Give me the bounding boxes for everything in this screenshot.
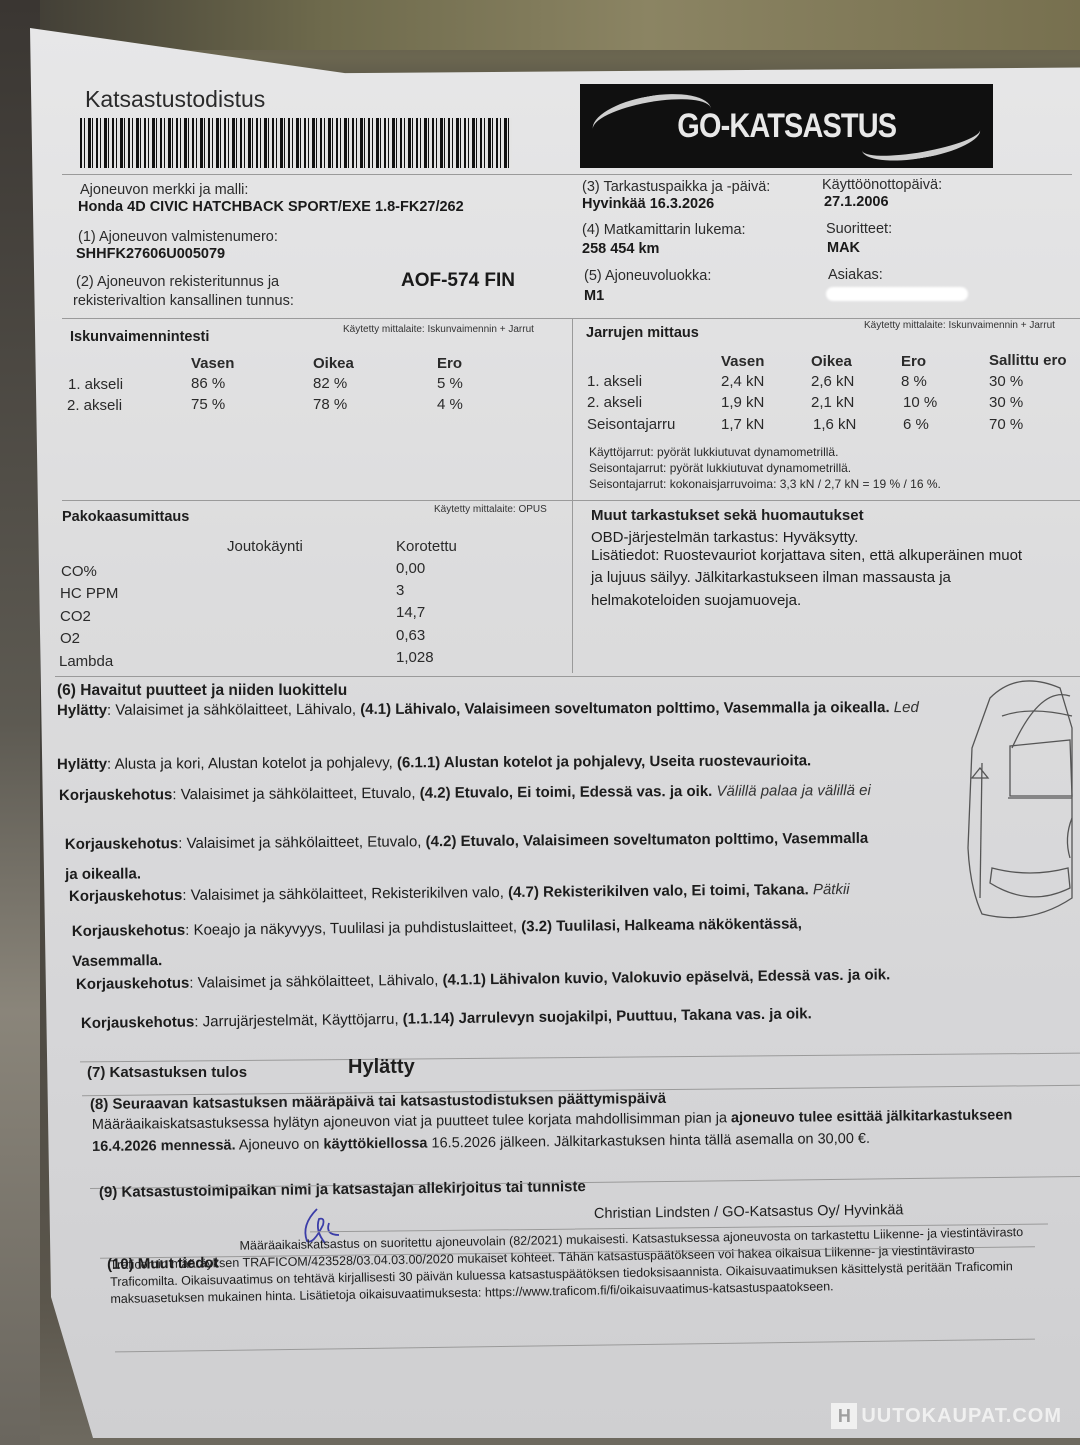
exhaust-header-raised: Korotettu [396,538,457,555]
brake-row-3-diff: 6 % [903,416,929,433]
brake-row-1-axle: 1. akseli [587,373,642,390]
exhaust-hc-label: HC PPM [60,585,118,602]
defect-class: Korjauskehotus [72,922,186,940]
defect-class: Hylätty [57,756,107,773]
shock-row-2-left: 75 % [191,396,225,413]
shock-row-1-diff: 5 % [437,375,463,392]
defect-handwritten-note: Välillä palaa ja välillä ei [716,782,870,800]
other-checks-line-1: OBD-järjestelmän tarkastus: Hyväksytty. [591,529,858,546]
odometer-label: (4) Matkamittarin lukema: [582,222,746,238]
defect-detail: (4.1.1) Lähivalon kuvio, Valokuvio epäse… [442,966,890,988]
brake-row-3-right: 1,6 kN [813,416,856,433]
shock-row-2-axle: 2. akseli [67,397,122,414]
exhaust-co-label: CO% [61,563,97,580]
exhaust-header-idle: Joutokäynti [227,538,303,555]
brake-row-2-diff: 10 % [903,394,937,411]
brake-header-left: Vasen [721,353,764,370]
exhaust-co2-label: CO2 [60,608,91,625]
shock-row-2-right: 78 % [313,396,347,413]
place-date-label: (3) Tarkastuspaikka ja -päivä: [582,179,770,195]
shock-row-1-axle: 1. akseli [68,376,123,393]
brake-header-right: Oikea [811,353,852,370]
defect-area: Koeajo ja näkyvyys, Tuulilasi ja puhdist… [193,918,517,938]
exhaust-co2-value: 14,7 [396,604,425,621]
defect-class: Korjauskehotus [69,887,183,905]
usage-ban: käyttökiellossa [323,1135,427,1152]
customer-redacted [826,287,968,301]
other-checks-line-3: ja lujuus säilyy. Jälkitarkastukseen ilm… [591,569,951,586]
shock-row-1-right: 82 % [313,375,347,392]
defect-class: Korjauskehotus [59,786,172,804]
watermark-text: UUTOKAUPAT.COM [861,1405,1062,1428]
brake-header-allowed: Sallittu ero [989,352,1067,369]
exhaust-co-value: 0,00 [396,560,425,577]
exhaust-o2-label: O2 [60,630,80,647]
exhaust-hc-value: 3 [396,582,404,599]
odometer-value: 258 454 km [582,241,659,257]
defect-class: Korjauskehotus [65,835,178,853]
other-checks-line-2: Lisätiedot: Ruostevauriot korjattava sit… [591,547,1022,564]
shock-test-title: Iskunvaimennintesti [70,329,209,345]
defect-class: Korjauskehotus [81,1013,195,1032]
huutokaupat-watermark: H UUTOKAUPAT.COM [831,1403,1062,1429]
go-katsastus-logo: GO-KATSASTUS [580,84,993,168]
make-model-label: Ajoneuvon merkki ja malli: [80,182,248,198]
brake-row-1-right: 2,6 kN [811,373,854,390]
class-label: (5) Ajoneuvoluokka: [584,268,711,284]
first-use-label: Käyttöönottopäivä: [822,177,942,193]
defect-area: Jarrujärjestelmät, Käyttöjarru, [203,1011,399,1031]
defect-detail: (4.7) Rekisterikilven valo, Ei toimi, Ta… [508,881,809,901]
shock-header-diff: Ero [437,355,462,372]
exhaust-device: Käytetty mittalaite: OPUS [434,504,547,515]
vin-value: SHHFK27606U005079 [76,246,225,262]
shock-row-2-diff: 4 % [437,396,463,413]
brake-row-2-axle: 2. akseli [587,394,642,411]
first-use-value: 27.1.2006 [824,194,889,210]
defect-handwritten-note: Pätkii [813,881,850,898]
brake-test-title: Jarrujen mittaus [586,325,699,341]
exhaust-lambda-value: 1,028 [396,649,434,666]
place-date-value: Hyvinkää 16.3.2026 [582,196,714,212]
defect-area: Valaisimet ja sähkölaitteet, Rekisteriki… [191,884,504,904]
reg-label-2: rekisterivaltion kansallinen tunnus: [73,293,294,309]
brake-row-3-left: 1,7 kN [721,416,764,433]
exhaust-title: Pakokaasumittaus [62,509,189,525]
defect-class: Korjauskehotus [76,975,190,993]
brake-header-diff: Ero [901,353,926,370]
defect-area: Valaisimet ja sähkölaitteet, Etuvalo, [187,833,422,852]
defect-area: Valaisimet ja sähkölaitteet, Lähivalo, [115,701,356,719]
defect-area: Alusta ja kori, Alustan kotelot ja pohja… [115,754,393,772]
background-top [0,0,1080,50]
brake-row-1-diff: 8 % [901,373,927,390]
brake-note-2: Seisontajarrut: pyörät lukkiutuvat dynam… [589,461,851,475]
defect-detail: (4.2) Etuvalo, Ei toimi, Edessä vas. ja … [420,783,713,802]
defect-handwritten-note: Led [894,699,919,716]
reg-value: AOF-574 FIN [401,270,515,292]
defect-area: Valaisimet ja sähkölaitteet, Lähivalo, [198,972,439,992]
document-title: Katsastustodistus [85,86,265,113]
defect-detail: (6.1.1) Alustan kotelot ja pohjalevy, Us… [397,752,811,771]
other-checks-title: Muut tarkastukset sekä huomautukset [591,507,864,524]
exhaust-lambda-label: Lambda [59,653,113,670]
customer-label: Asiakas: [828,267,883,283]
defect-detail: (4.1) Lähivalo, Valaisimeen soveltumaton… [360,699,889,718]
brake-row-3-allowed: 70 % [989,416,1023,433]
exhaust-o2-value: 0,63 [396,627,425,644]
shock-row-1-left: 86 % [191,375,225,392]
brake-note-1: Käyttöjarrut: pyörät lukkiutuvat dynamom… [589,445,838,459]
brake-row-2-left: 1,9 kN [721,394,764,411]
result-label: (7) Katsastuksen tulos [87,1064,247,1081]
shock-header-left: Vasen [191,355,234,372]
car-diagram-icon [960,668,1078,928]
make-model-value: Honda 4D CIVIC HATCHBACK SPORT/EXE 1.8-F… [78,199,464,215]
defect-area: Valaisimet ja sähkölaitteet, Etuvalo, [181,785,416,803]
brake-row-2-allowed: 30 % [989,394,1023,411]
brake-row-1-left: 2,4 kN [721,373,764,390]
brake-note-3: Seisontajarrut: kokonaisjarruvoima: 3,3 … [589,477,941,491]
shock-header-right: Oikea [313,355,354,372]
performed-label: Suoritteet: [826,221,892,237]
defect-item: Hylätty: Valaisimet ja sähkölaitteet, Lä… [57,693,957,726]
barcode [80,118,512,168]
defect-class: Hylätty [57,702,107,719]
watermark-box-icon: H [831,1403,857,1429]
defect-item: Hylätty: Alusta ja kori, Alustan kotelot… [57,746,957,780]
other-checks-line-4: helmakoteloiden suojamuoveja. [591,592,801,609]
vin-label: (1) Ajoneuvon valmistenumero: [78,229,278,245]
performed-value: MAK [827,240,860,256]
class-value: M1 [584,288,604,304]
brake-row-1-allowed: 30 % [989,373,1023,390]
result-value: Hylätty [348,1056,415,1079]
brake-row-3-axle: Seisontajarru [587,416,675,433]
brake-row-2-right: 2,1 kN [811,394,854,411]
brake-test-device: Käytetty mittalaite: Iskunvaimennin + Ja… [864,320,1055,331]
defect-detail: (1.1.14) Jarrulevyn suojakilpi, Puuttuu,… [403,1005,812,1027]
reg-label-1: (2) Ajoneuvon rekisteritunnus ja [76,274,279,290]
shock-test-device: Käytetty mittalaite: Iskunvaimennin + Ja… [343,324,534,335]
defect-item: Korjauskehotus: Valaisimet ja sähkölaitt… [59,775,964,811]
